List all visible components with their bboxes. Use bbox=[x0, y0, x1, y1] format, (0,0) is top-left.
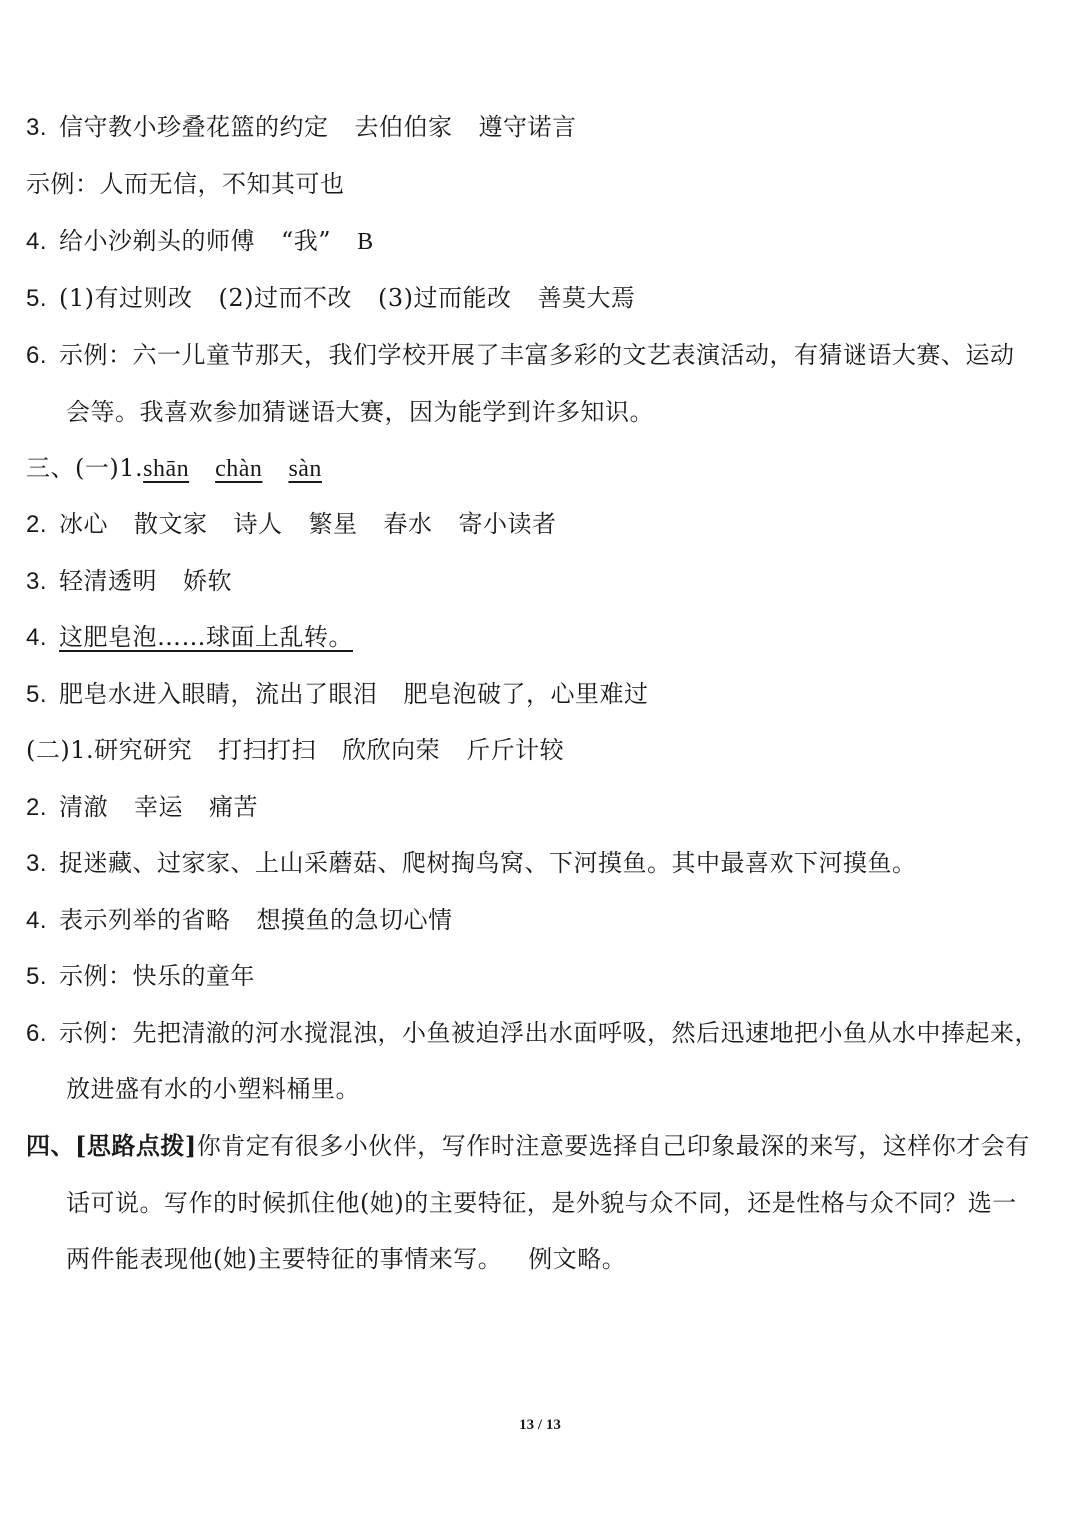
item-number: 2. bbox=[26, 510, 47, 540]
section-heading-line: (二)1.研究研究打扫打扫欣欣向荣斤斤计较 bbox=[26, 735, 564, 765]
answer-text: 示例：先把清澈的河水搅混浊，小鱼被迫浮出水面呼吸，然后迅速地把小鱼从水中捧起来， bbox=[59, 1019, 1039, 1047]
pinyin-answer: chàn bbox=[215, 456, 262, 482]
item-number: 3. bbox=[26, 113, 47, 143]
item-number: 6. bbox=[26, 1019, 47, 1049]
section-prefix: 四、 bbox=[26, 1131, 75, 1160]
answer-continuation: 话可说。写作的时候抓住他(她)的主要特征，是外貌与众不同，还是性格与众不同？选一 bbox=[66, 1188, 1017, 1218]
answer-line: 6.示例：六一儿童节那天，我们学校开展了丰富多彩的文艺表演活动，有猜谜语大赛、运… bbox=[26, 340, 1015, 371]
answer-continuation: 两件能表现他(她)主要特征的事情来写。例文略。 bbox=[66, 1244, 626, 1274]
answer-part: 研究研究 bbox=[94, 736, 192, 764]
answer-line: 示例：人而无信，不知其可也 bbox=[26, 169, 345, 199]
answer-part: 春水 bbox=[384, 510, 433, 538]
answer-text: 会等。我喜欢参加猜谜语大赛，因为能学到许多知识。 bbox=[66, 398, 654, 426]
answer-part: 善莫大焉 bbox=[538, 284, 636, 312]
answer-part: 表示列举的省略 bbox=[59, 906, 231, 934]
item-number: 2. bbox=[26, 793, 47, 823]
answer-line: 2.清澈幸运痛苦 bbox=[26, 792, 258, 823]
answer-continuation: 会等。我喜欢参加猜谜语大赛，因为能学到许多知识。 bbox=[66, 397, 654, 427]
answer-part: 冰心 bbox=[59, 510, 108, 538]
section-prefix: (二)1. bbox=[26, 736, 94, 764]
item-number: 4. bbox=[26, 227, 47, 257]
answer-continuation: 放进盛有水的小塑料桶里。 bbox=[66, 1074, 360, 1104]
answer-part: B bbox=[357, 229, 374, 255]
item-number: 6. bbox=[26, 341, 47, 371]
answer-text: 话可说。写作的时候抓住他(她)的主要特征，是外貌与众不同，还是性格与众不同？选一 bbox=[66, 1189, 1017, 1217]
answer-line: 6.示例：先把清澈的河水搅混浊，小鱼被迫浮出水面呼吸，然后迅速地把小鱼从水中捧起… bbox=[26, 1018, 1039, 1049]
answer-part: 去伯伯家 bbox=[355, 113, 453, 141]
section-heading-line: 三、(一)1.shānchànsàn bbox=[26, 453, 322, 484]
answer-text: 两件能表现他(她)主要特征的事情来写。 bbox=[66, 1245, 502, 1273]
answer-part: 娇软 bbox=[183, 567, 232, 595]
answer-text: 示例：六一儿童节那天，我们学校开展了丰富多彩的文艺表演活动，有猜谜语大赛、运动 bbox=[59, 341, 1015, 369]
answer-line: 5.示例：快乐的童年 bbox=[26, 961, 255, 992]
answer-part: 信守教小珍叠花篮的约定 bbox=[59, 113, 329, 141]
answer-line: 3.信守教小珍叠花篮的约定去伯伯家遵守诺言 bbox=[26, 112, 577, 143]
answer-part: 给小沙剃头的师傅 bbox=[59, 227, 255, 255]
page-indicator: 13 / 13 bbox=[0, 1417, 1080, 1434]
section-prefix: 三、(一)1. bbox=[26, 454, 143, 482]
section-heading-line: 四、[思路点拨]你肯定有很多小伙伴，写作时注意要选择自己印象最深的来写，这样你才… bbox=[26, 1131, 1030, 1161]
pinyin-answer: sàn bbox=[288, 456, 322, 482]
answer-part: 幸运 bbox=[134, 793, 183, 821]
answer-line: 5.肥皂水进入眼睛，流出了眼泪肥皂泡破了，心里难过 bbox=[26, 679, 649, 710]
answer-part: 肥皂水进入眼睛，流出了眼泪 bbox=[59, 680, 378, 708]
item-number: 4. bbox=[26, 906, 47, 936]
document-page: 3.信守教小珍叠花篮的约定去伯伯家遵守诺言 示例：人而无信，不知其可也 4.给小… bbox=[0, 0, 1080, 1527]
answer-line: 3.轻清透明娇软 bbox=[26, 566, 232, 597]
answer-part: 欣欣向荣 bbox=[342, 736, 440, 764]
answer-part: 想摸鱼的急切心情 bbox=[257, 906, 453, 934]
answer-line: 2.冰心散文家诗人繁星春水寄小读者 bbox=[26, 509, 557, 540]
item-number: 3. bbox=[26, 567, 47, 597]
answer-part: 遵守诺言 bbox=[479, 113, 577, 141]
pinyin-answer: shān bbox=[143, 456, 189, 482]
answer-text: 示例：人而无信，不知其可也 bbox=[26, 170, 345, 198]
answer-line: 4.给小沙剃头的师傅“我”B bbox=[26, 226, 374, 257]
item-number: 3. bbox=[26, 849, 47, 879]
answer-text: 放进盛有水的小塑料桶里。 bbox=[66, 1075, 360, 1103]
answer-part: 痛苦 bbox=[209, 793, 258, 821]
answer-part: 寄小读者 bbox=[459, 510, 557, 538]
item-number: 5. bbox=[26, 962, 47, 992]
answer-line: 4.表示列举的省略想摸鱼的急切心情 bbox=[26, 905, 453, 936]
answer-part: 打扫打扫 bbox=[218, 736, 316, 764]
answer-part: 繁星 bbox=[309, 510, 358, 538]
answer-part: 诗人 bbox=[234, 510, 283, 538]
answer-line: 3.捉迷藏、过家家、上山采蘑菇、爬树掏鸟窝、下河摸鱼。其中最喜欢下河摸鱼。 bbox=[26, 848, 917, 879]
answer-part: “我” bbox=[281, 227, 331, 255]
answer-part: 斤斤计较 bbox=[466, 736, 564, 764]
hint-label: [思路点拨] bbox=[75, 1131, 197, 1160]
answer-part: (2)过而不改 bbox=[219, 284, 353, 312]
item-number: 5. bbox=[26, 680, 47, 710]
item-number: 4. bbox=[26, 623, 47, 653]
answer-note: 例文略。 bbox=[528, 1245, 626, 1273]
answer-part: 肥皂泡破了，心里难过 bbox=[404, 680, 649, 708]
answer-text: 你肯定有很多小伙伴，写作时注意要选择自己印象最深的来写，这样你才会有 bbox=[197, 1132, 1030, 1160]
answer-part: (3)过而能改 bbox=[378, 284, 512, 312]
answer-text: 捉迷藏、过家家、上山采蘑菇、爬树掏鸟窝、下河摸鱼。其中最喜欢下河摸鱼。 bbox=[59, 849, 917, 877]
answer-line: 4.这肥皂泡……球面上乱转。 bbox=[26, 622, 353, 653]
answer-part: 散文家 bbox=[134, 510, 208, 538]
answer-part: (1)有过则改 bbox=[59, 284, 193, 312]
answer-text: 示例：快乐的童年 bbox=[59, 962, 255, 990]
answer-part: 清澈 bbox=[59, 793, 108, 821]
answer-part: 轻清透明 bbox=[59, 567, 157, 595]
underlined-sentence: 这肥皂泡……球面上乱转。 bbox=[59, 623, 353, 651]
item-number: 5. bbox=[26, 284, 47, 314]
answer-line: 5.(1)有过则改(2)过而不改(3)过而能改善莫大焉 bbox=[26, 283, 636, 314]
